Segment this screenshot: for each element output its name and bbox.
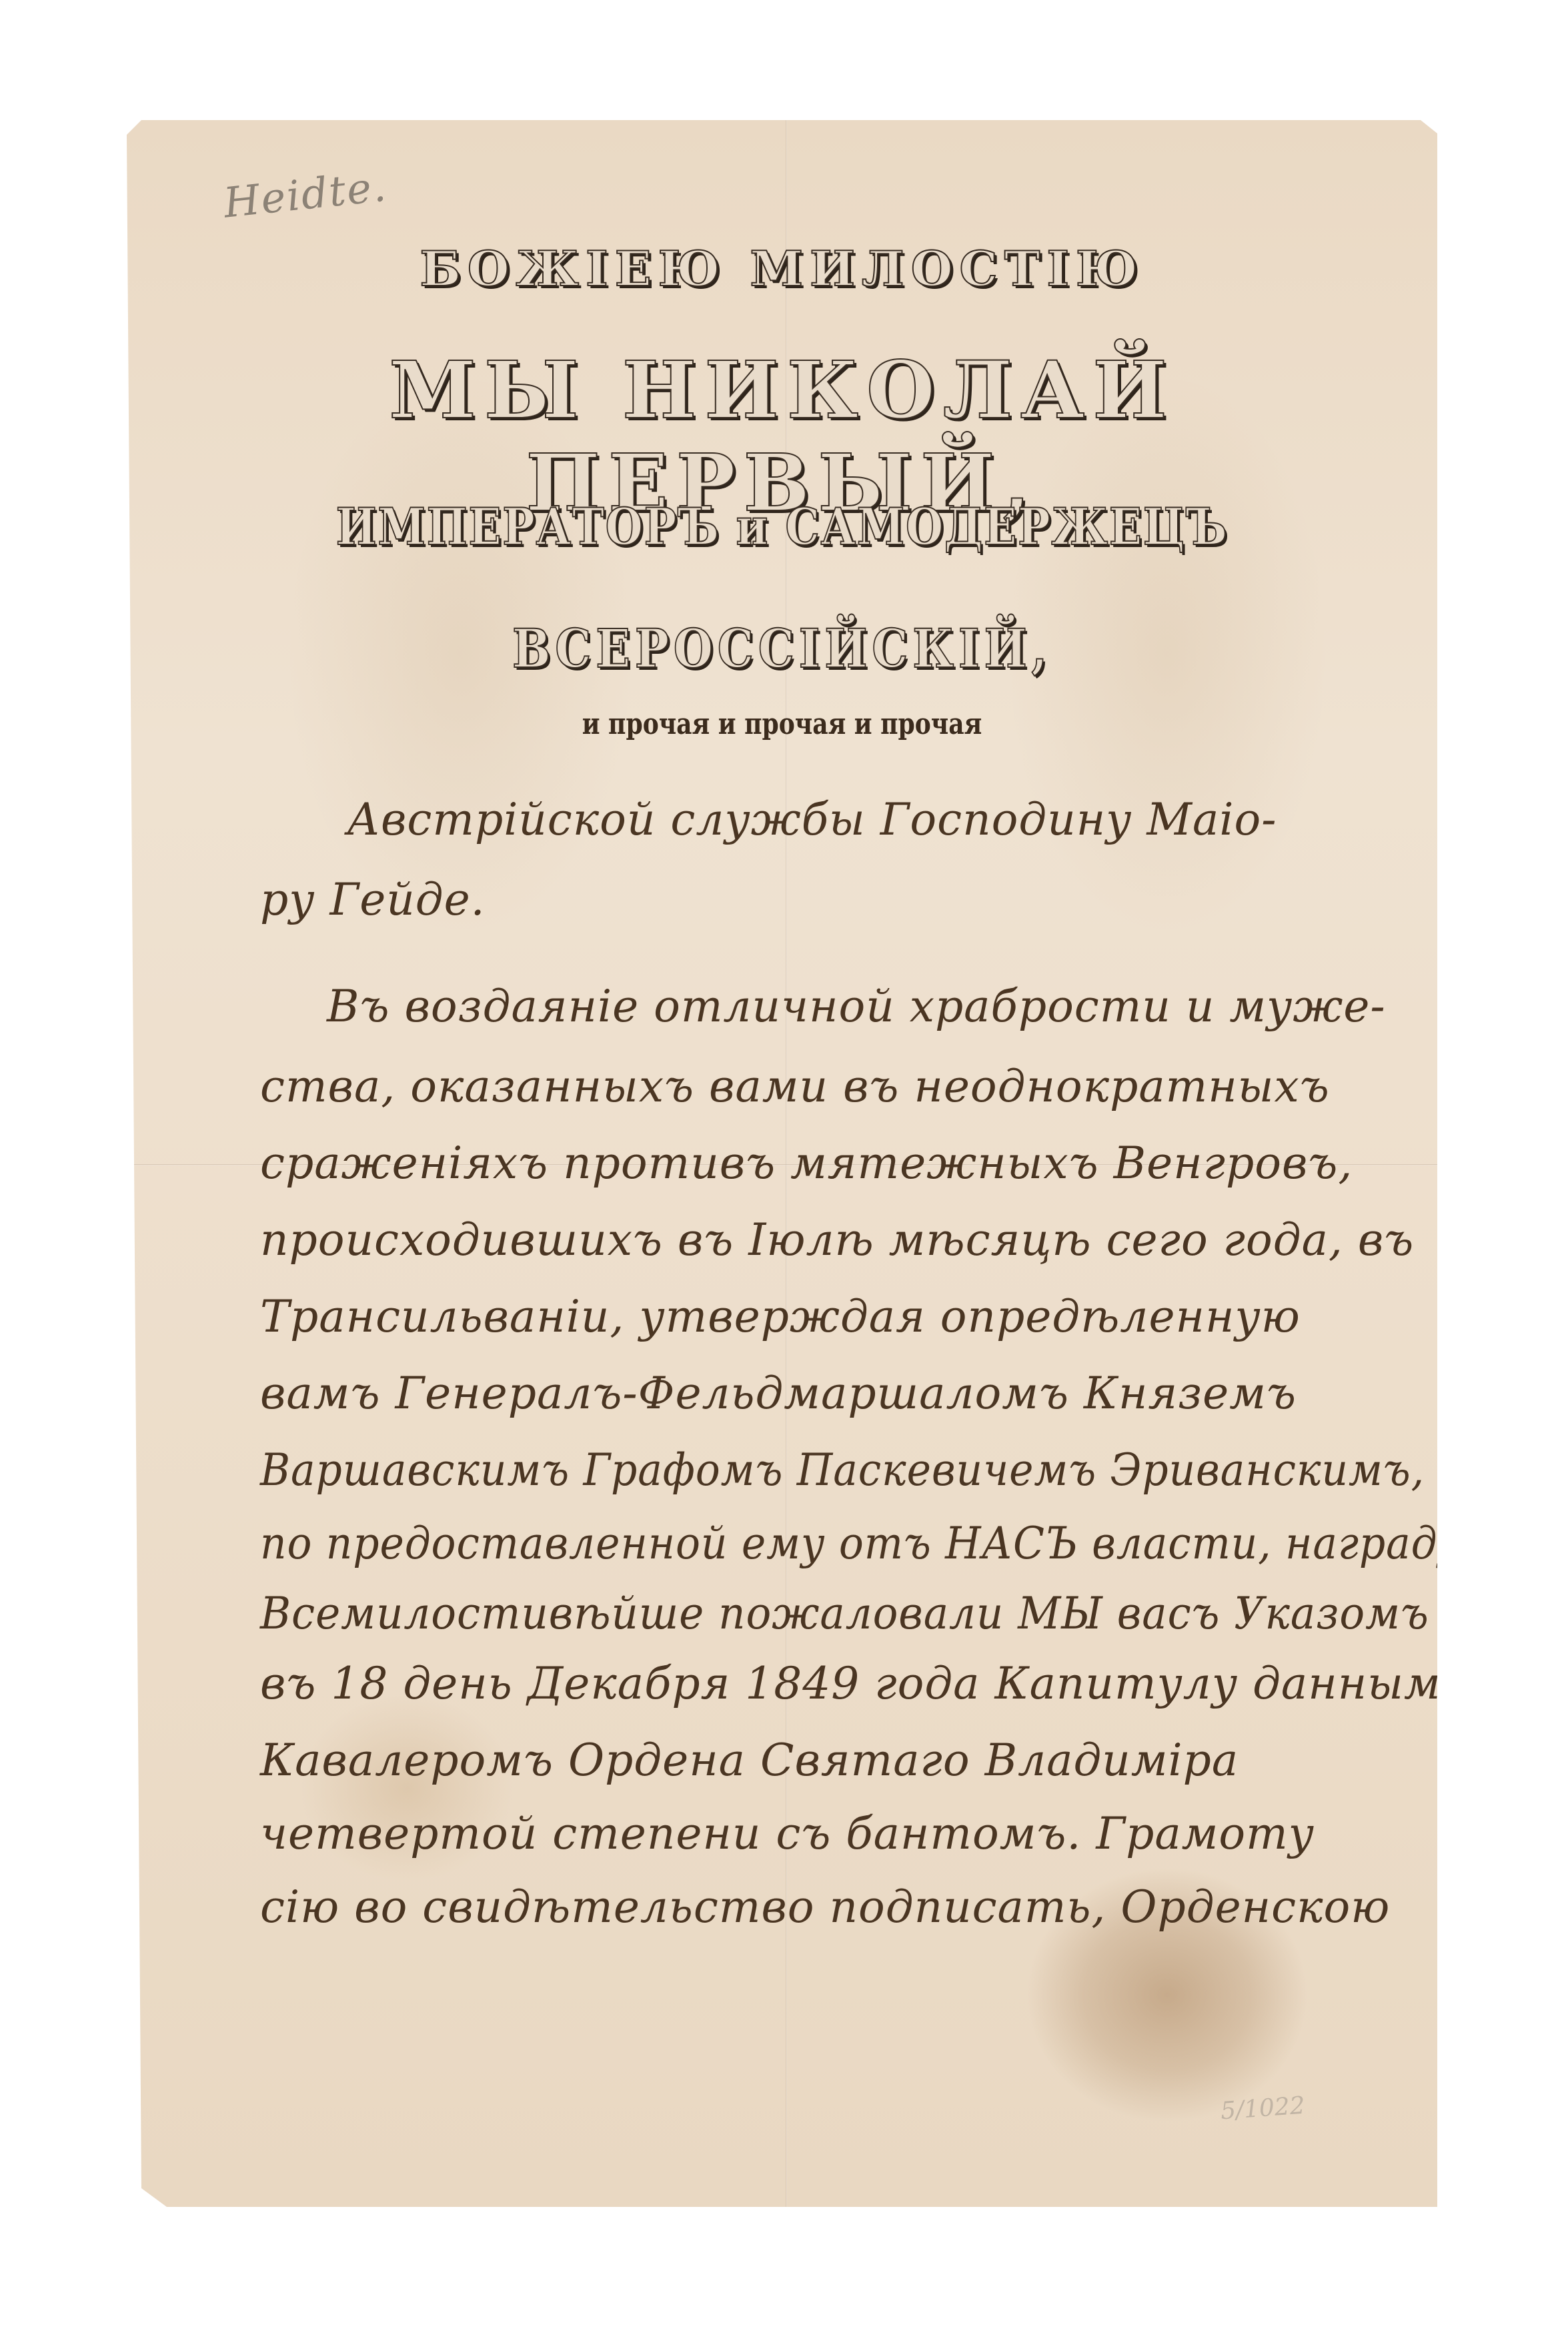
body-line: Въ воздаяніе отличной храбрости и муже- (327, 981, 1386, 1032)
body-line: четвертой степени съ бантомъ. Грамоту (260, 1808, 1315, 1859)
body-line: ства, оказанныхъ вами въ неоднократныхъ (260, 1061, 1330, 1112)
body-line: вамъ Генералъ-Фельдмаршаломъ Княземъ (260, 1368, 1297, 1419)
header-by-gods-grace: БОЖІЕЮ МИЛОСТІЮ (127, 240, 1437, 297)
header-etcetera: и прочая и прочая и прочая (245, 707, 1319, 741)
body-line: Трансильваніи, утверждая опредѣленную (260, 1291, 1301, 1342)
address-line: ру Гейде. (260, 874, 486, 925)
pencil-inventory-mark: 5/1022 (1220, 2092, 1306, 2126)
pencil-annotation: Heidte. (221, 161, 389, 227)
body-line: сраженіяхъ противъ мятежныхъ Венгровъ, (260, 1137, 1353, 1189)
document-page: Heidte. БОЖІЕЮ МИЛОСТІЮ МЫ НИКОЛАЙ ПЕРВЫ… (127, 120, 1437, 2207)
body-line: по предоставленной ему отъ НАСЪ власти, … (260, 1518, 1475, 1569)
header-all-russian: ВСЕРОССІЙСКІЙ, (225, 617, 1339, 680)
body-line: происходившихъ въ Іюлѣ мѣсяцѣ сего года,… (260, 1214, 1414, 1266)
address-line: Австрійской службы Господину Маіо- (347, 794, 1277, 845)
header-emperor-title: ИМПЕРАТОРЪ и САМОДЕРЖЕЦЪ (225, 497, 1339, 556)
body-line: Кавалеромъ Ордена Святаго Владиміра (260, 1735, 1239, 1786)
body-line: въ 18 день Декабря 1849 года Капитулу да… (260, 1658, 1441, 1709)
body-line: Варшавскимъ Графомъ Паскевичемъ Эриванск… (260, 1444, 1425, 1496)
body-line: Всемилостивѣйше пожаловали МЫ васъ Указо… (260, 1588, 1429, 1639)
body-line: сію во свидѣтельство подписать, Орденско… (260, 1881, 1390, 1933)
